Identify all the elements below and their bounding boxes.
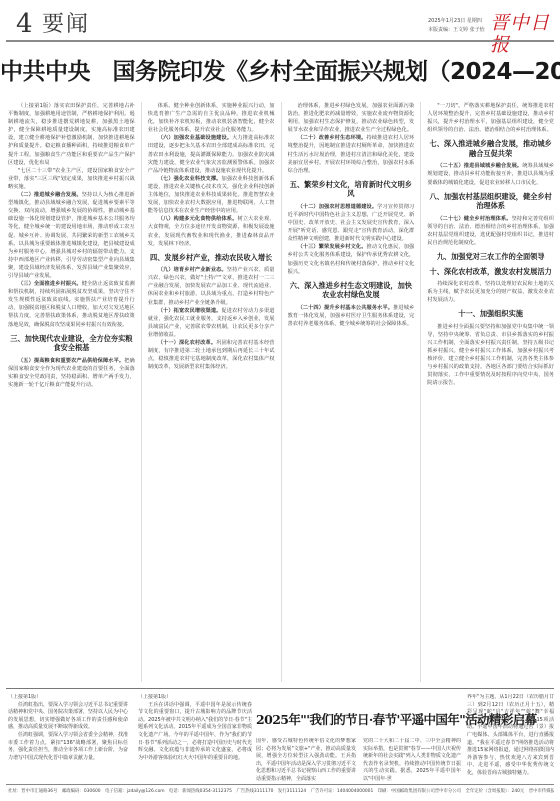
footer-rule-divider — [6, 784, 554, 785]
article-paragraph: 任鸿虹强调，要深入学习领会省委全会精神，找准市委工作着力点，紧扣"136"战略部… — [8, 732, 128, 762]
subsection-title: （三）全面推进乡村振兴。 — [18, 281, 82, 287]
section-heading: 十、深化农村改革，激发农村发展活力 — [427, 267, 554, 277]
subsection-title: （六）加强农业基础设施建设。 — [158, 135, 232, 141]
newspaper-logo: 晋中日报 — [490, 12, 560, 56]
subsection-title: （十）拓宽农民增收渠道。 — [158, 308, 222, 314]
paragraph-text: 推进乡村全面振兴要坚持和加强党中央集中统一领导，坚持中央统筹、省负总责、市县乡抓… — [427, 324, 554, 387]
paragraph-text: 治理体系，推进乡村绿色发展。加强农业面源污染防治，推进化肥农药减量增效，实施农业… — [288, 103, 415, 133]
section-heading: 五、繁荣乡村文化，培育新时代文明乡风 — [288, 180, 415, 199]
subsection-title: （二十）改善乡村生态环境。 — [298, 135, 367, 141]
subsection-title: （九）培育乡村产业新业态。 — [158, 267, 227, 273]
paragraph-text: "一刀切"。严格落实耕地保护责任，统筹推进农村人居环境整治提升，完善乡村基础设施… — [427, 103, 554, 133]
continued-article-left: （上接第1版） 任鸿虹指出，要深入学习领会习近平总书记重要讲话精神和党中央、国务… — [8, 694, 128, 780]
subsection-title: （二十四）提升乡村基本公共服务水平。 — [298, 305, 394, 311]
article-paragraph: （五）提高粮食和重要农产品供给保障水平。把确保国家粮食安全作为现代农业建设的首要… — [8, 357, 135, 389]
main-article-body: （上接第1版）落实农田保护责任，完善耕地占补平衡制度，加强耕地用途管制，严格耕地… — [8, 102, 554, 682]
paragraph-text: "七区二十三带"农业主产区，建设国家粮食安全产业带，落实"三区三线"划定成果，加… — [8, 168, 135, 190]
article-paragraph: 推进乡村全面振兴要坚持和加强党中央集中统一领导，坚持中央统筹、省负总责、市县乡抓… — [427, 323, 554, 388]
article-column-4: "一刀切"。严格落实耕地保护责任，统筹推进农村人居环境整治提升，完善乡村基础设施… — [427, 102, 554, 682]
column-divider — [420, 102, 421, 682]
masthead: 4 要闻 2025年1月23日 星期四 本版责编：王文婷 张子怡 晋中日报 — [0, 0, 560, 42]
article-paragraph: （十一）深化农村改革。巩固和完善农村基本经营制度，有序推进第二轮土地承包到期后再… — [148, 339, 275, 371]
page-editors: 本版责编：王文婷 张子怡 — [428, 26, 485, 35]
article-paragraph: （十）拓宽农民增收渠道。促进农村劳动力多渠道就业，强化农民工就业服务，支持返乡入… — [148, 307, 275, 339]
subsection-title: （七）强化农业科技支撑。 — [158, 176, 222, 182]
paragraph-text: （上接第1版）落实农田保护责任，完善耕地占补平衡制度，加强耕地用途管制，严格耕地… — [8, 103, 135, 166]
issue-meta: 2025年1月23日 星期四 本版责编：王文婷 张子怡 — [428, 17, 485, 35]
article-paragraph: 任鸿虹指出，要深入学习领会习近平总书记重要讲话精神和党中央、国务院决策部署，坚持… — [8, 702, 128, 732]
article-paragraph: （三）全面推进乡村振兴。健全防止返贫致贫监测和帮扶机制，持续巩固拓展脱贫攻坚成果… — [8, 280, 135, 329]
column-divider — [141, 102, 142, 682]
article-paragraph: （十三）繁荣发展乡村文化。推动文化惠民，加强乡村公共文化服务体系建设，保护传承优… — [288, 243, 415, 275]
section-heading: 六、深入推进乡村生态文明建设，加快农业农村绿色发展 — [288, 281, 415, 300]
section-heading: 七、深入推进城乡融合发展，推动城乡融合互促共荣 — [427, 139, 554, 158]
article-paragraph: （八）构建多元化食物供给体系。树立大农业观、大食物观，全方位多途径开发食物资源，… — [148, 215, 275, 247]
page-number: 4 — [16, 10, 33, 38]
article-paragraph: （二十）改善乡村生态环境。持续推进农村人居环境整治提升，因地制宜推进农村厕所革命… — [288, 134, 415, 174]
article-paragraph: 治理体系，推进乡村绿色发展。加强农业面源污染防治，推进化肥农药减量增效，实施农业… — [288, 102, 415, 134]
paragraph-text: 持续深化农村改革，坚持以处理好农民和土地的关系为主线，赋予农民更加充分的财产权益… — [427, 281, 554, 303]
top-rule-divider — [6, 40, 554, 42]
article-paragraph: （二十五）推进县域城乡融合发展。统筹县域城乡规划建设，推动县乡村功能衔接互补，推… — [427, 162, 554, 186]
continued-label: （上接第1版） — [8, 694, 128, 702]
article-paragraph: （六）加强农业基础设施建设。大力推进高标准农田建设，逐步把永久基本农田全部建成高… — [148, 134, 275, 174]
article-paragraph: 持续深化农村改革，坚持以处理好农民和土地的关系为主线，赋予农民更加充分的财产权益… — [427, 280, 554, 304]
section-heading: 八、加强农村基层组织建设，健全乡村治理体系 — [427, 192, 554, 211]
subsection-title: （十三）繁荣发展乡村文化。 — [298, 244, 367, 250]
article-paragraph: （二十四）提升乡村基本公共服务水平。推进城乡教育一体化发展，加强乡村医疗卫生服务… — [288, 304, 415, 328]
article-paragraph: （十二）加强农村思想道德建设。学习宣传贯彻习近平新时代中国特色社会主义思想，广泛… — [288, 203, 415, 243]
article-column-1: （上接第1版）落实农田保护责任，完善耕地占补平衡制度，加强耕地用途管制，严格耕地… — [8, 102, 135, 682]
subsection-title: （二）推进城乡融合发展。 — [18, 192, 82, 198]
bottom-articles: （上接第1版） 任鸿虹指出，要深入学习领会习近平总书记重要讲话精神和党中央、国务… — [8, 694, 554, 782]
issue-date: 2025年1月23日 星期四 — [428, 17, 485, 26]
feature-column-2: 党的二十大和二十届二中、三中全会精神的实际举措，也是贯彻"春节——中国人庆祝传统… — [363, 738, 461, 782]
article-column-2: 体系。健全种业创新体系，实施种业振兴行动，加快选育推广生产急需的自主优良品种。推… — [148, 102, 275, 682]
article-paragraph: （二）推进城乡融合发展。坚持以人为核心推进新型城镇化，推动县域城乡融合发展，促进… — [8, 191, 135, 280]
article-column-3: 治理体系，推进乡村绿色发展。加强农业面源污染防治，推进化肥农药减量增效，实施农业… — [288, 102, 415, 682]
article-paragraph: "七区二十三带"农业主产区，建设国家粮食安全产业带，落实"三区三线"划定成果，加… — [8, 167, 135, 191]
section-heading: 九、加强党对三农工作的全面领导 — [427, 252, 554, 262]
article-paragraph: 党的二十大和二十届二中、三中全会精神的实际举措，也是贯彻"春节——中国人庆祝传统… — [363, 738, 461, 782]
paragraph-text: 健全防止返贫致贫监测和帮扶机制，持续巩固拓展脱贫攻坚成果，坚决守住不发生规模性返… — [8, 281, 135, 327]
feature-headline: 2025年"'我们的节日·春节'平遥中国年"活动精彩启幕 — [256, 712, 474, 728]
article-paragraph: 界年"为主题，从1月22日（农历腊月廿三）到2月12日（农历正月十五），精彩呈现… — [467, 694, 554, 778]
publication-footer: 社址：晋中市汇通路36号 邮政编码：030600 电子信箱：jzdaily@12… — [8, 788, 554, 796]
article-paragraph: 国年，感受古城特色传统年俗文化的梦想家园；必将为发展"文旅+"产业，推动高质量发… — [256, 738, 356, 782]
subsection-title: （二十五）推进县域城乡融合发展。 — [437, 163, 522, 169]
article-paragraph: 体系。健全种业创新体系，实施种业振兴行动，加快选育推广生产急需的自主优良品种。推… — [148, 102, 275, 134]
main-headline: 中共中央 国务院印发《乡村全面振兴规划（2024—2027年）》 — [0, 58, 560, 86]
article-paragraph: （九）培育乡村产业新业态。坚持产业兴农、质量兴农、绿色兴农，做好"土特产"文章，… — [148, 266, 275, 306]
section-heading: 四、发展乡村产业，推动农民收入增长 — [148, 253, 275, 263]
article-paragraph: 王兵在讲话中强调，平遥中国年是展示传统春节文化的重要窗口，提升古城影响力的品牌节… — [138, 702, 252, 763]
section-rule-divider — [6, 688, 554, 689]
section-name: 要闻 — [42, 12, 90, 38]
article-paragraph: （上接第1版）落实农田保护责任，完善耕地占补平衡制度，加强耕地用途管制，严格耕地… — [8, 102, 135, 167]
paragraph-text: 坚持以人为核心推进新型城镇化，推动县域城乡融合发展，促进城乡要素平等交换、双向流… — [8, 192, 135, 279]
subsection-title: （五）提高粮食和重要农产品供给保障水平。 — [18, 358, 124, 364]
subsection-title: （八）构建多元化食物供给体系。 — [158, 216, 238, 222]
section-heading: 三、加快现代农业建设，全方位夯实粮食安全根基 — [8, 334, 135, 353]
column-divider — [281, 102, 282, 682]
subsection-title: （二十七）健全乡村治理体系。 — [437, 216, 511, 222]
subsection-title: （十一）深化农村改革。 — [158, 340, 216, 346]
subsection-title: （十二）加强农村思想道德建设。 — [298, 204, 378, 210]
feature-column-3: 界年"为主题，从1月22日（农历腊月廿三）到2月12日（农历正月十五），精彩呈现… — [467, 694, 554, 780]
article-paragraph: "一刀切"。严格落实耕地保护责任，统筹推进农村人居环境整治提升，完善乡村基础设施… — [427, 102, 554, 134]
paragraph-text: 体系。健全种业创新体系，实施种业振兴行动，加快选育推广生产急需的自主优良品种。推… — [148, 103, 275, 133]
article-paragraph: （七）强化农业科技支撑。加强农业科技创新体系建设，推进农业关键核心技术攻关，强化… — [148, 175, 275, 215]
continued-article-middle: （上接第1版） 王兵在讲话中强调，平遥中国年是展示传统春节文化的重要窗口，提升古… — [138, 694, 252, 780]
article-paragraph: （二十七）健全乡村治理体系。坚持和完善党组织领导的自治、法治、德治相结合的乡村治… — [427, 215, 554, 247]
feature-column-1: 国年，感受古城特色传统年俗文化的梦想家园；必将为发展"文旅+"产业，推动高质量发… — [256, 738, 356, 782]
section-heading: 十一、加强组织实施 — [427, 309, 554, 319]
continued-label: （上接第1版） — [138, 694, 252, 702]
